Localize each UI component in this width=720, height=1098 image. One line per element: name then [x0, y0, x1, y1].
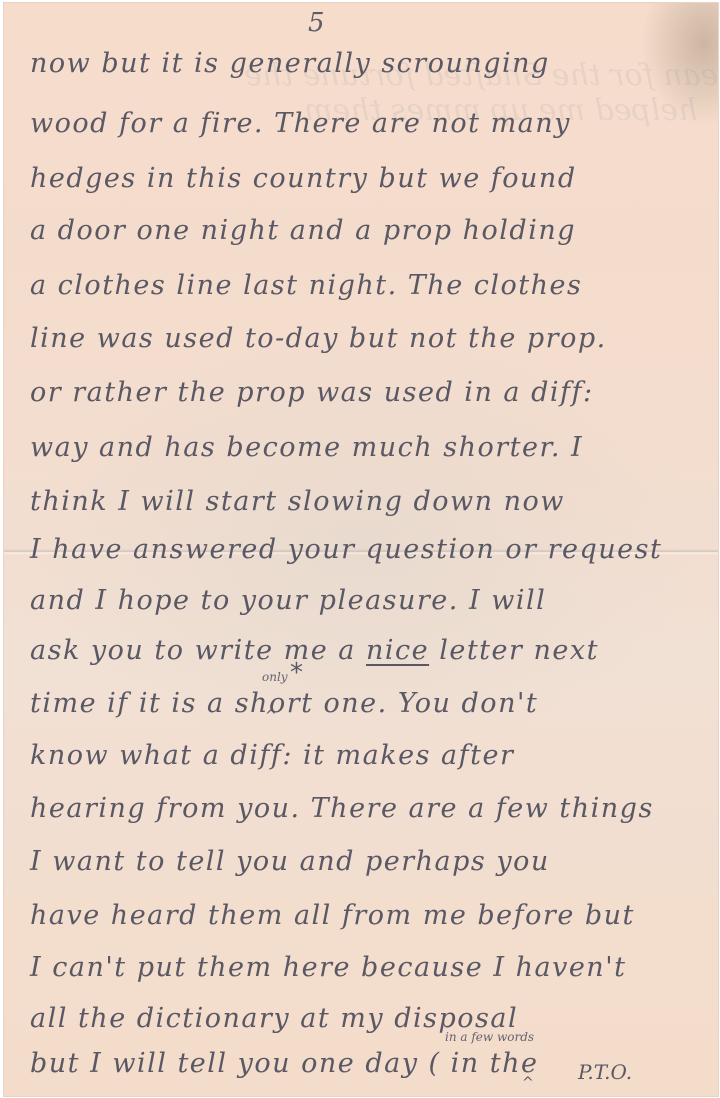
- insertion-caret: ^: [522, 1075, 534, 1091]
- letter-line-17: have heard them all from me before but: [30, 900, 635, 931]
- letter-line-2: wood for a fire. There are not many: [30, 108, 571, 139]
- letter-line-10: I have answered your question or request: [30, 534, 662, 565]
- letter-line-4: a door one night and a prop holding: [30, 215, 576, 246]
- please-turn-over-mark: P.T.O.: [578, 1060, 632, 1084]
- letter-line-13: time if it is a short one. You don't: [30, 688, 538, 719]
- letter-line-11: and I hope to your pleasure. I will: [30, 585, 546, 616]
- letter-line-1: now but it is generally scrounging: [30, 48, 550, 79]
- line-13-end: a short one. You don't: [207, 688, 538, 719]
- letter-line-6: line was used to-day but not the prop.: [30, 323, 607, 354]
- letter-line-7: or rather the prop was used in a diff:: [30, 377, 594, 408]
- interlinear-insert-few-words: in a few words: [445, 1030, 534, 1044]
- line-12-start: ask you to write me a: [30, 635, 356, 666]
- letter-line-3: hedges in this country but we found: [30, 163, 577, 194]
- asterisk-mark: *: [290, 658, 303, 688]
- letter-line-20: but I will tell you one day ( in the: [30, 1048, 538, 1079]
- letter-line-15: hearing from you. There are a few things: [30, 793, 654, 824]
- letter-line-12: ask you to write me a nice letter next: [30, 635, 599, 666]
- letter-line-9: think I will start slowing down now: [30, 486, 565, 517]
- letter-line-18: I can't put them here because I haven't: [30, 952, 626, 983]
- page-number: 5: [308, 8, 325, 38]
- letter-line-16: I want to tell you and perhaps you: [30, 846, 550, 877]
- letter-line-5: a clothes line last night. The clothes: [30, 270, 582, 301]
- letter-line-14: know what a diff: it makes after: [30, 740, 514, 771]
- insertion-caret: ^: [265, 708, 277, 724]
- letter-line-8: way and has become much shorter. I: [30, 432, 583, 463]
- line-13-start: time if it is: [30, 688, 197, 719]
- line-12-end: letter next: [439, 635, 599, 666]
- interlinear-insert-only: only: [262, 670, 288, 684]
- underlined-word: nice: [366, 635, 429, 666]
